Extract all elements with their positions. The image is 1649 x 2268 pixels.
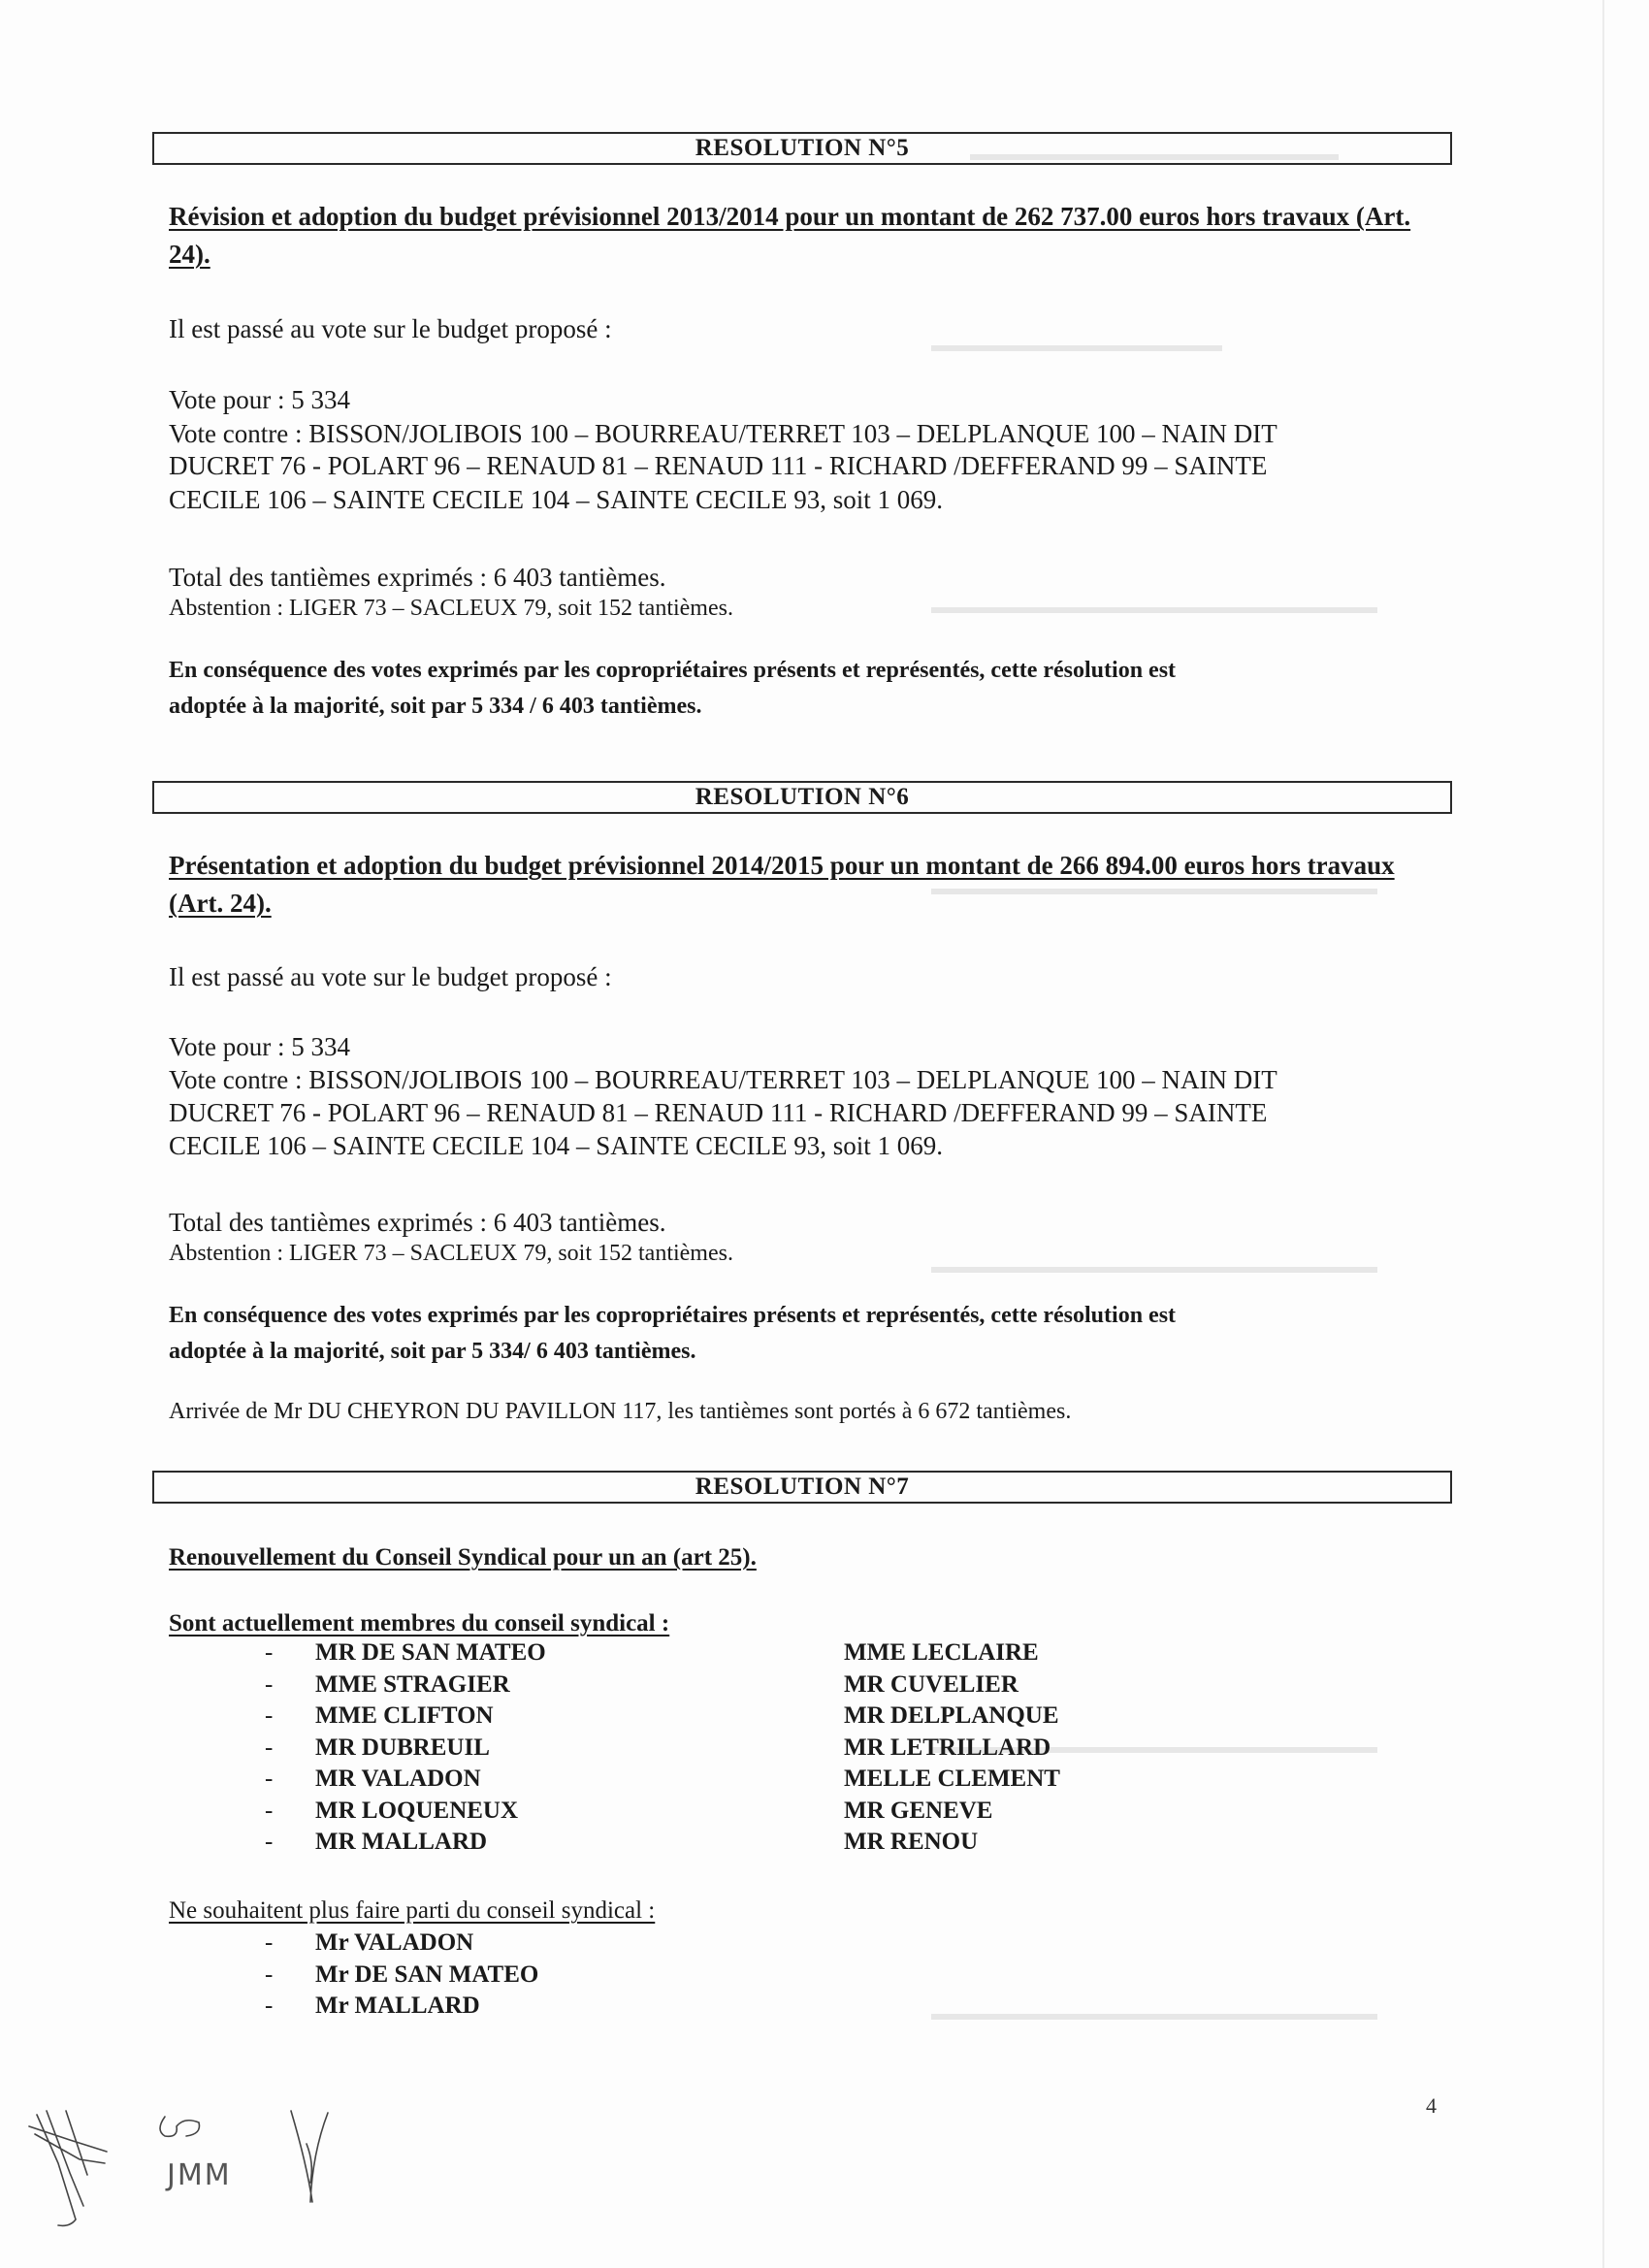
resolution-7-title: RESOLUTION N°7 xyxy=(695,1474,910,1500)
list-item: -Mr VALADON xyxy=(315,1928,538,1960)
current-members-left-list: -MR DE SAN MATEO -MME STRAGIER -MME CLIF… xyxy=(315,1637,546,1859)
list-item: -MR DUBREUIL xyxy=(315,1733,546,1765)
resolution-5-title: RESOLUTION N°5 xyxy=(695,135,910,161)
resolution-6-vote-contre-line1: Vote contre : BISSON/JOLIBOIS 100 – BOUR… xyxy=(169,1063,1449,1097)
document-page: ▬▬▬▬▬▬▬▬▬▬▬▬▬▬▬▬▬▬▬ ▬▬▬▬▬▬▬▬▬▬▬▬▬▬▬ ▬▬▬▬… xyxy=(0,0,1649,2268)
list-item: -MME STRAGIER xyxy=(315,1669,546,1701)
resolution-5-conclusion-line2: adoptée à la majorité, soit par 5 334 / … xyxy=(169,688,1449,725)
leaving-members-list: -Mr VALADON -Mr DE SAN MATEO -Mr MALLARD xyxy=(315,1928,538,2023)
resolution-7-heading: Renouvellement du Conseil Syndical pour … xyxy=(169,1544,757,1571)
resolution-7-title-box: RESOLUTION N°7 xyxy=(152,1471,1452,1504)
resolution-5-vote-pour: Vote pour : 5 334 xyxy=(169,383,1449,417)
list-item: -Mr MALLARD xyxy=(315,1991,538,2023)
list-item: MR GENEVE xyxy=(844,1796,1060,1828)
resolution-6-vote-contre-line3: CECILE 106 – SAINTE CECILE 104 – SAINTE … xyxy=(169,1129,1449,1163)
handwritten-initials: JMM xyxy=(165,2158,232,2192)
list-item: MR CUVELIER xyxy=(844,1669,1060,1701)
list-item: -MR DE SAN MATEO xyxy=(315,1637,546,1669)
resolution-5-conclusion-line1: En conséquence des votes exprimés par le… xyxy=(169,652,1449,689)
list-item: -MR MALLARD xyxy=(315,1827,546,1859)
resolution-5-heading: Révision et adoption du budget prévision… xyxy=(169,198,1439,274)
resolution-6-vote-contre-line2: DUCRET 76 - POLART 96 – RENAUD 81 – RENA… xyxy=(169,1096,1449,1130)
signature-scribble-1 xyxy=(29,2111,107,2225)
leaving-members-label: Ne souhaitent plus faire parti du consei… xyxy=(169,1897,655,1925)
list-item: -MME CLIFTON xyxy=(315,1701,546,1733)
resolution-5-abstention: Abstention : LIGER 73 – SACLEUX 79, soit… xyxy=(169,594,1449,623)
resolution-6-conclusion-line1: En conséquence des votes exprimés par le… xyxy=(169,1297,1449,1334)
bullet-dash: - xyxy=(265,1796,273,1828)
show-through-bleed: ▬▬▬▬▬▬▬▬▬▬▬▬▬▬▬▬▬▬▬▬▬▬▬ xyxy=(931,2003,1377,2025)
page-number: 4 xyxy=(1426,2093,1437,2119)
resolution-5-total: Total des tantièmes exprimés : 6 403 tan… xyxy=(169,561,1449,595)
bullet-dash: - xyxy=(265,1827,273,1859)
resolution-6-title: RESOLUTION N°6 xyxy=(695,784,910,810)
list-item: MR RENOU xyxy=(844,1827,1060,1859)
current-members-label: Sont actuellement membres du conseil syn… xyxy=(169,1610,669,1637)
resolution-6-title-box: RESOLUTION N°6 xyxy=(152,781,1452,814)
bullet-dash: - xyxy=(265,1991,273,2023)
resolution-6-total: Total des tantièmes exprimés : 6 403 tan… xyxy=(169,1206,1449,1240)
scan-edge-line xyxy=(1602,0,1604,2268)
list-item: -MR VALADON xyxy=(315,1764,546,1796)
resolution-5-vote-contre-line1: Vote contre : BISSON/JOLIBOIS 100 – BOUR… xyxy=(169,417,1449,451)
signature-loop xyxy=(160,2117,199,2136)
resolution-6-conclusion-line2: adoptée à la majorité, soit par 5 334/ 6… xyxy=(169,1333,1449,1370)
list-item: -Mr DE SAN MATEO xyxy=(315,1960,538,1992)
list-item: MR DELPLANQUE xyxy=(844,1701,1060,1733)
handwritten-signatures: JMM xyxy=(19,2105,369,2241)
resolution-5-vote-contre-line3: CECILE 106 – SAINTE CECILE 104 – SAINTE … xyxy=(169,483,1449,517)
list-item: -MR LOQUENEUX xyxy=(315,1796,546,1828)
resolution-6-heading: Présentation et adoption du budget prévi… xyxy=(169,847,1439,923)
bullet-dash: - xyxy=(265,1960,273,1992)
bullet-dash: - xyxy=(265,1733,273,1765)
list-item: MME LECLAIRE xyxy=(844,1637,1060,1669)
resolution-6-intro: Il est passé au vote sur le budget propo… xyxy=(169,960,1449,994)
bullet-dash: - xyxy=(265,1764,273,1796)
resolution-6-arrival-note: Arrivée de Mr DU CHEYRON DU PAVILLON 117… xyxy=(169,1397,1449,1426)
bullet-dash: - xyxy=(265,1669,273,1701)
resolution-6-vote-pour: Vote pour : 5 334 xyxy=(169,1030,1449,1064)
resolution-5-intro: Il est passé au vote sur le budget propo… xyxy=(169,312,1449,346)
resolution-6-abstention: Abstention : LIGER 73 – SACLEUX 79, soit… xyxy=(169,1239,1449,1268)
signature-v xyxy=(291,2111,328,2202)
list-item: MR LETRILLARD xyxy=(844,1733,1060,1765)
resolution-5-vote-contre-line2: DUCRET 76 - POLART 96 – RENAUD 81 – RENA… xyxy=(169,449,1449,483)
resolution-5-title-box: RESOLUTION N°5 xyxy=(152,132,1452,165)
current-members-right-list: MME LECLAIRE MR CUVELIER MR DELPLANQUE M… xyxy=(844,1637,1060,1859)
bullet-dash: - xyxy=(265,1701,273,1733)
list-item: MELLE CLEMENT xyxy=(844,1764,1060,1796)
bullet-dash: - xyxy=(265,1637,273,1669)
bullet-dash: - xyxy=(265,1928,273,1960)
